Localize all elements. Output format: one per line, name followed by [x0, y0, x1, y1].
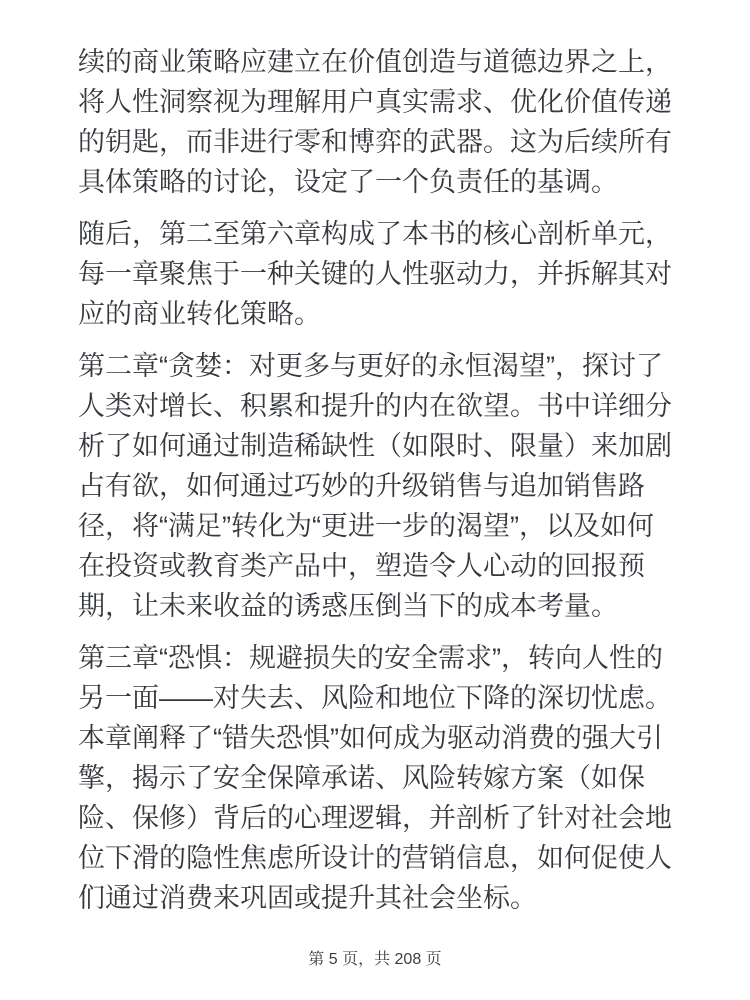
- page-background: 续的商业策略应建立在价值创造与道德边界之上，将人性洞察视为理解用户真实需求、优化…: [0, 0, 750, 1000]
- body-text: 续的商业策略应建立在价值创造与道德边界之上，将人性洞察视为理解用户真实需求、优化…: [78, 42, 674, 930]
- paragraph-4: 第三章“恐惧：规避损失的安全需求”，转向人性的另一面——对失去、风险和地位下降的…: [78, 638, 674, 918]
- paragraph-2: 随后，第二至第六章构成了本书的核心剖析单元，每一章聚焦于一种关键的人性驱动力，并…: [78, 214, 674, 334]
- document-page: { "page": { "background_color": "#ffffff…: [0, 0, 750, 1000]
- paragraph-1: 续的商业策略应建立在价值创造与道德边界之上，将人性洞察视为理解用户真实需求、优化…: [78, 42, 674, 202]
- page-number-indicator: 第 5 页，共 208 页: [0, 950, 750, 970]
- paragraph-3: 第二章“贪婪：对更多与更好的永恒渴望”，探讨了人类对增长、积累和提升的内在欲望。…: [78, 346, 674, 626]
